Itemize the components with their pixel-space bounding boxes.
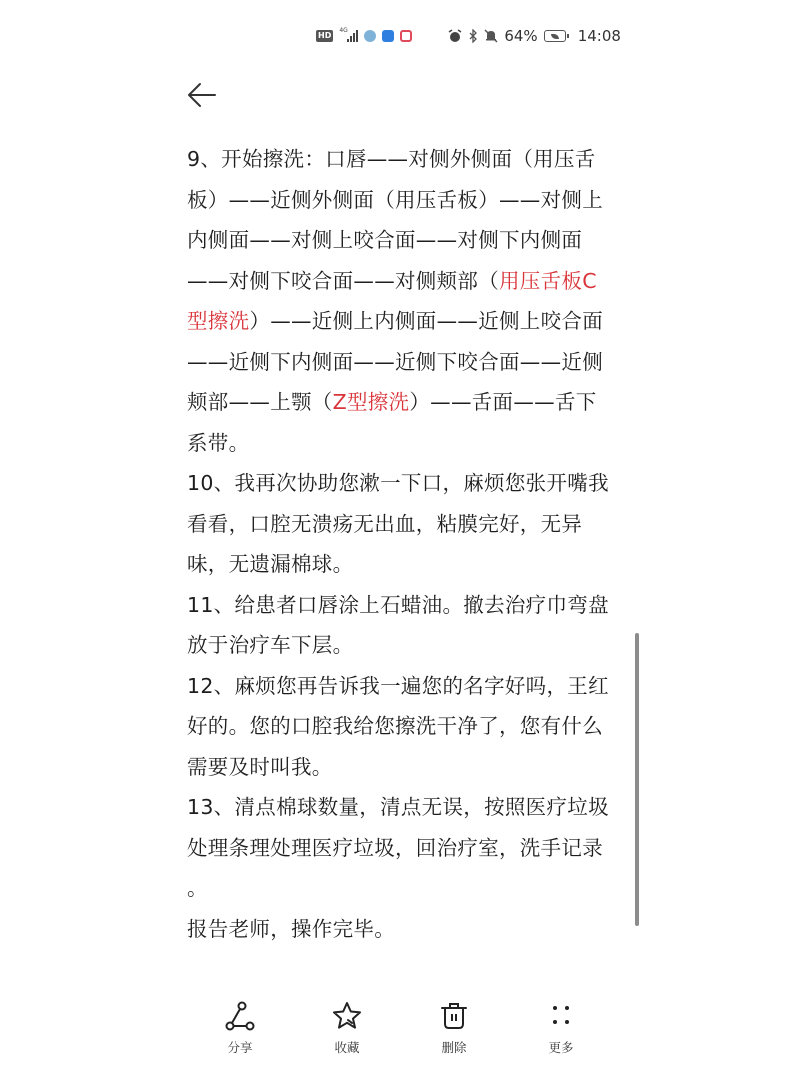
bell-off-icon xyxy=(484,29,498,43)
bottom-toolbar: 分享 收藏 删除 更多 xyxy=(0,1000,800,1060)
status-bar: HD 4G 64% xyxy=(316,24,626,48)
paragraph-step-12: 12、麻烦您再告诉我一遍您的名字好吗，王红好的。您的口腔我给您擦洗干净了，您有什… xyxy=(187,666,612,788)
paragraph-step-10: 10、我再次协助您漱一下口，麻烦您张开嘴我看看，口腔无溃疡无出血，粘膜完好，无异… xyxy=(187,463,612,585)
hd-icon: HD xyxy=(316,30,333,42)
more-dots-icon xyxy=(545,1000,577,1032)
signal-4g-icon: 4G xyxy=(339,30,358,42)
bluetooth-icon xyxy=(468,29,478,43)
red-app-icon xyxy=(400,30,412,42)
trash-icon xyxy=(438,1000,470,1032)
share-button[interactable]: 分享 xyxy=(210,1000,270,1056)
battery-icon xyxy=(544,30,566,42)
cloud-app-icon xyxy=(382,30,394,42)
highlighted-text: Z型擦洗 xyxy=(333,390,410,414)
note-content[interactable]: 9、开始擦洗：口唇——对侧外侧面（用压舌板）——近侧外侧面（用压舌板）——对侧上… xyxy=(187,139,612,949)
share-label: 分享 xyxy=(227,1038,252,1056)
clock: 14:08 xyxy=(578,27,621,45)
delete-button[interactable]: 删除 xyxy=(424,1000,484,1056)
more-label: 更多 xyxy=(548,1038,573,1056)
share-icon xyxy=(224,1000,256,1032)
status-bar-right: 64% 14:08 xyxy=(448,27,621,45)
arrow-left-icon xyxy=(186,80,218,110)
back-button[interactable] xyxy=(186,80,218,110)
alarm-icon xyxy=(448,29,462,43)
favorite-label: 收藏 xyxy=(334,1038,359,1056)
paragraph-report: 报告老师，操作完毕。 xyxy=(187,909,612,950)
app-notification-icon xyxy=(364,30,376,42)
more-button[interactable]: 更多 xyxy=(531,1000,591,1056)
battery-percent: 64% xyxy=(504,27,537,45)
paragraph-step-13: 13、清点棉球数量，清点无误，按照医疗垃圾处理条理处理医疗垃圾，回治疗室，洗手记… xyxy=(187,787,612,909)
paragraph-step-11: 11、给患者口唇涂上石蜡油。撤去治疗巾弯盘放于治疗车下层。 xyxy=(187,585,612,666)
delete-label: 删除 xyxy=(441,1038,466,1056)
note-view-screen: HD 4G 64% xyxy=(0,0,800,1067)
status-bar-left: HD 4G xyxy=(316,30,412,42)
paragraph-step-9: 9、开始擦洗：口唇——对侧外侧面（用压舌板）——近侧外侧面（用压舌板）——对侧上… xyxy=(187,139,612,463)
scrollbar-thumb[interactable] xyxy=(635,633,639,926)
star-icon xyxy=(331,1000,363,1032)
favorite-button[interactable]: 收藏 xyxy=(317,1000,377,1056)
